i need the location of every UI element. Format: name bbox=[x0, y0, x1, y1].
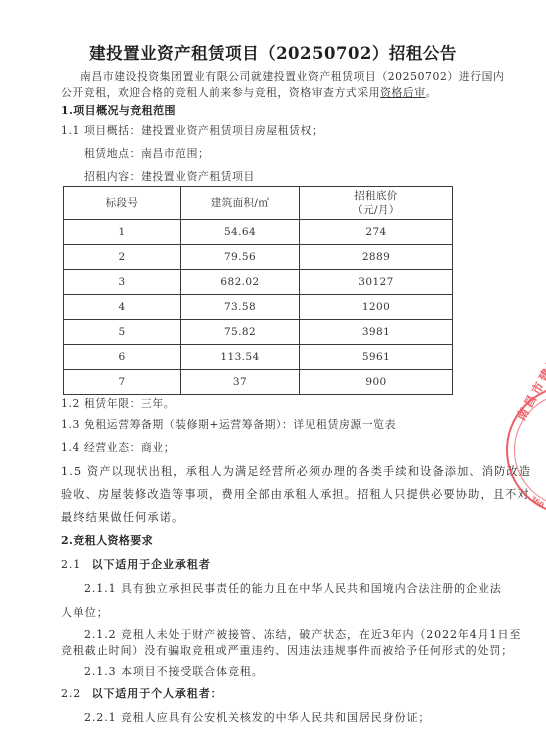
cell-lot: 1 bbox=[64, 220, 181, 245]
section-1-5-line-1: 1.5 资产以现状出租，承租人为满足经营所必须办理的各类手续和设备添加、消防改造 bbox=[61, 463, 531, 479]
document-title: 建投置业资产租赁项目（20250702）招租公告 bbox=[0, 40, 546, 64]
header-lot-number: 标段号 bbox=[64, 187, 181, 220]
cell-price: 3981 bbox=[300, 320, 453, 345]
cell-area: 54.64 bbox=[181, 220, 300, 245]
section-1-2: 1.2 租赁年限：三年。 bbox=[61, 396, 175, 411]
rental-location: 租赁地点：南昌市范围； bbox=[84, 146, 209, 161]
section-2-1: 2.1 以下适用于企业承租者 bbox=[61, 556, 211, 572]
section-1-4: 1.4 经营业态：商业； bbox=[61, 440, 175, 455]
header-reserve-price-line1: 招租底价 bbox=[300, 189, 452, 203]
cell-area: 79.56 bbox=[181, 245, 300, 270]
rental-content: 招租内容：建投置业资产租赁项目 bbox=[84, 169, 255, 184]
intro-line-1: 南昌市建设投资集团置业有限公司就建投置业资产租赁项目（20250702）进行国内 bbox=[80, 69, 504, 84]
intro-line-2: 公开竞租，欢迎合格的竞租人前来参与竞租，资格审查方式采用资格后审。 bbox=[61, 85, 437, 100]
section-2-1-3: 2.1.3 本项目不接受联合体竞租。 bbox=[84, 663, 264, 679]
section-1-5-line-2: 验收、房屋装修改造等事项，费用全部由承租人承担。招租人只提供必要协助，且不对 bbox=[61, 486, 530, 502]
cell-lot: 6 bbox=[64, 345, 181, 370]
cell-lot: 3 bbox=[64, 270, 181, 295]
section-2-2-1: 2.2.1 竞租人应具有公安机关核发的中华人民共和国居民身份证； bbox=[84, 709, 430, 725]
header-reserve-price: 招租底价 （元/月） bbox=[300, 187, 453, 220]
table-header-row: 标段号 建筑面积/㎡ 招租底价 （元/月） bbox=[64, 187, 453, 220]
section-2-2-text: 以下适用于个人承租者： bbox=[92, 687, 223, 700]
cell-lot: 7 bbox=[64, 370, 181, 395]
rental-lots-table: 标段号 建筑面积/㎡ 招租底价 （元/月） 1 54.64 274 2 79.5… bbox=[63, 186, 453, 395]
section-2-heading: 2.竞租人资格要求 bbox=[61, 532, 153, 548]
cell-area: 73.58 bbox=[181, 295, 300, 320]
section-2-1-2-line-2: 竞租截止时间）没有骗取竞租或严重违约、因违法违规事件而被给予任何形式的处罚； bbox=[61, 642, 513, 658]
table-row: 7 37 900 bbox=[64, 370, 453, 395]
cell-area: 682.02 bbox=[181, 270, 300, 295]
cell-price: 1200 bbox=[300, 295, 453, 320]
section-1-5-line-3: 最终结果做任何承诺。 bbox=[61, 509, 184, 525]
cell-price: 30127 bbox=[300, 270, 453, 295]
intro-line-2-suffix: 。 bbox=[426, 86, 437, 99]
section-2-1-text: 以下适用于企业承租者 bbox=[92, 558, 211, 571]
cell-lot: 2 bbox=[64, 245, 181, 270]
cell-price: 5961 bbox=[300, 345, 453, 370]
section-2-2-number: 2.2 bbox=[61, 687, 81, 700]
table-row: 4 73.58 1200 bbox=[64, 295, 453, 320]
table-row: 6 113.54 5961 bbox=[64, 345, 453, 370]
section-2-1-1-line-1: 2.1.1 具有独立承担民事责任的能力且在中华人民共和国境内合法注册的企业法 bbox=[84, 580, 502, 596]
qualification-review-method: 资格后审 bbox=[380, 86, 426, 99]
intro-line-2-prefix: 公开竞租，欢迎合格的竞租人前来参与竞租，资格审查方式采用 bbox=[61, 86, 380, 99]
cell-price: 2889 bbox=[300, 245, 453, 270]
cell-area: 113.54 bbox=[181, 345, 300, 370]
cell-price: 900 bbox=[300, 370, 453, 395]
section-2-1-number: 2.1 bbox=[61, 558, 81, 571]
section-2-1-2-line-1: 2.1.2 竞租人未处于财产被接管、冻结，破产状态，在近3年内（2022年4月1… bbox=[84, 626, 521, 642]
section-1-3: 1.3 免租运营筹备期（装修期+运营筹备期）：详见租赁房源一览表 bbox=[61, 417, 396, 432]
header-reserve-price-line2: （元/月） bbox=[300, 203, 452, 217]
section-2-2: 2.2 以下适用于个人承租者： bbox=[61, 685, 223, 701]
cell-area: 75.82 bbox=[181, 320, 300, 345]
table-row: 5 75.82 3981 bbox=[64, 320, 453, 345]
table-row: 2 79.56 2889 bbox=[64, 245, 453, 270]
cell-price: 274 bbox=[300, 220, 453, 245]
header-building-area: 建筑面积/㎡ bbox=[181, 187, 300, 220]
cell-lot: 5 bbox=[64, 320, 181, 345]
table-row: 1 54.64 274 bbox=[64, 220, 453, 245]
section-1-1: 1.1 项目概括：建投置业资产租赁项目房屋租赁权； bbox=[61, 123, 323, 138]
table-row: 3 682.02 30127 bbox=[64, 270, 453, 295]
cell-lot: 4 bbox=[64, 295, 181, 320]
cell-area: 37 bbox=[181, 370, 300, 395]
section-2-1-1-line-2: 人单位； bbox=[61, 604, 109, 620]
section-1-heading: 1.项目概况与竞租范围 bbox=[61, 102, 176, 118]
